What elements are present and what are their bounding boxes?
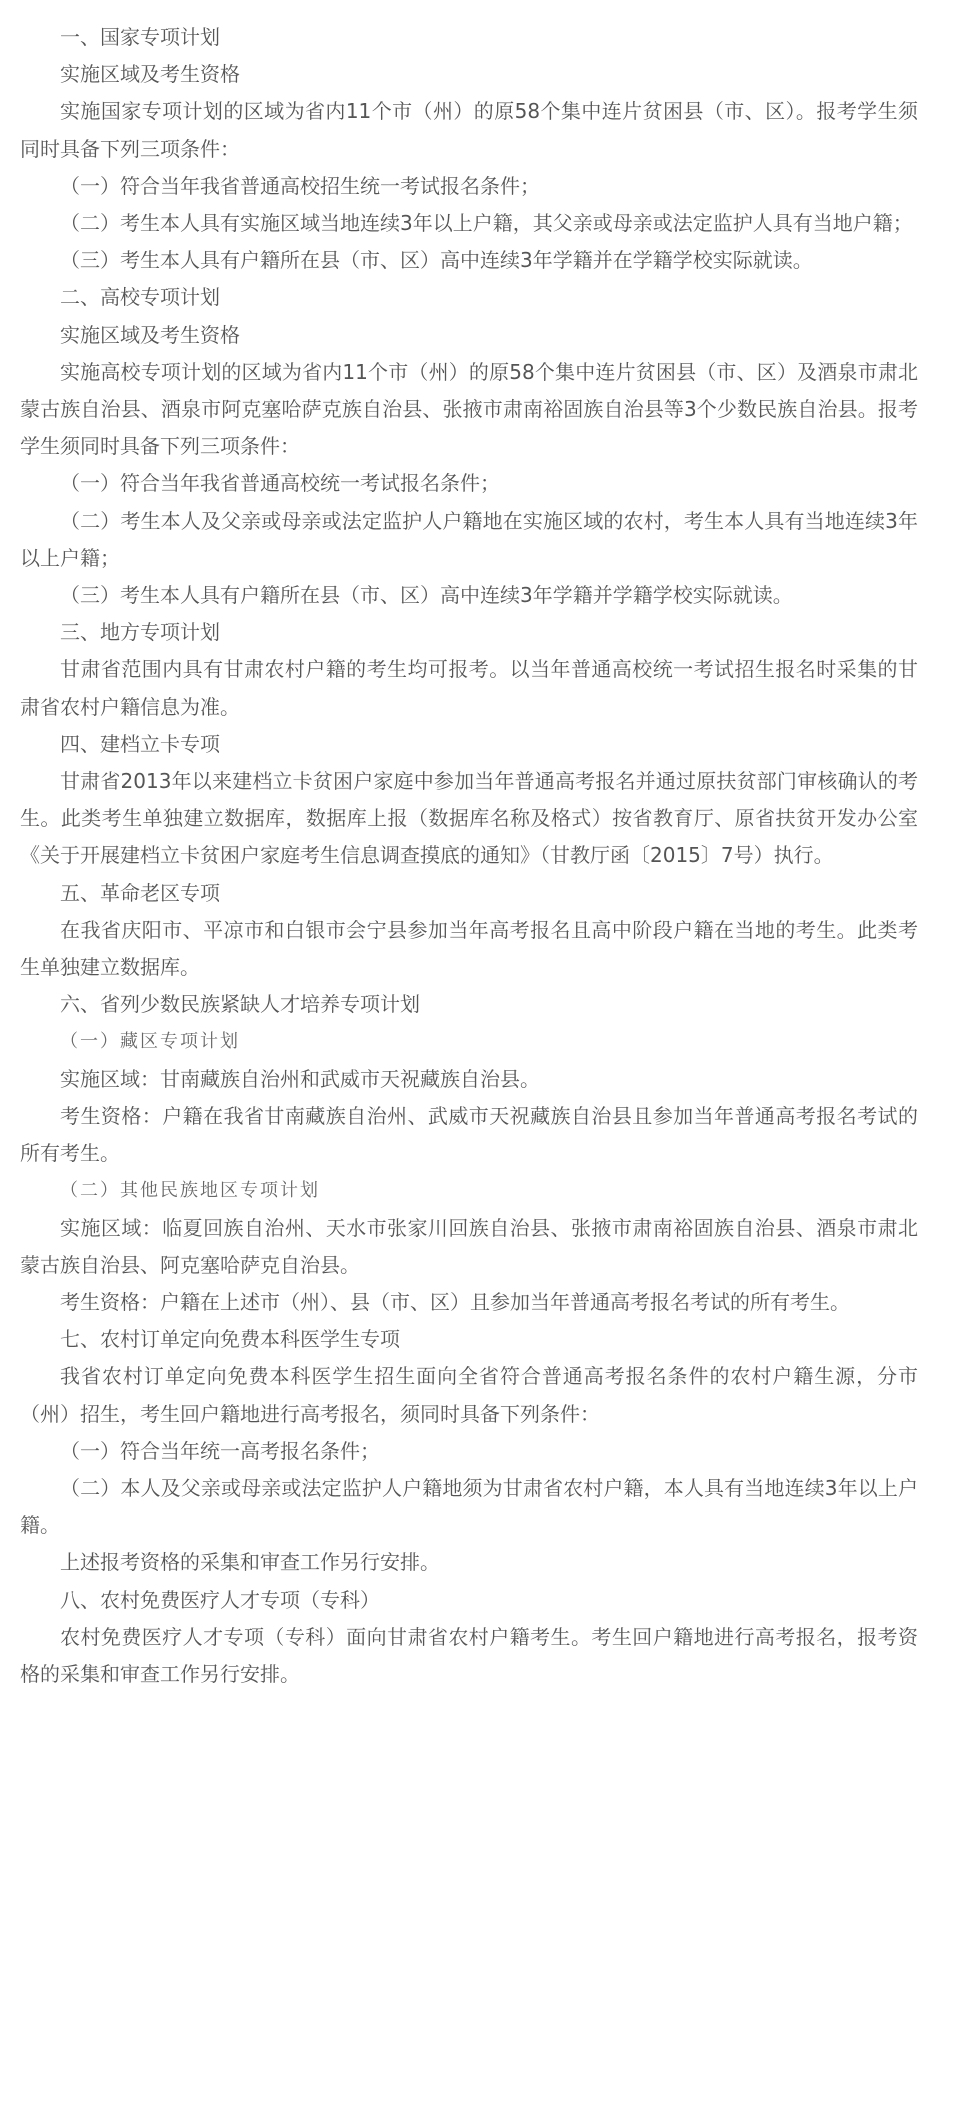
paragraph: 实施国家专项计划的区域为省内11个市（州）的原58个集中连片贫困县（市、区）。报… (20, 93, 918, 167)
subheading: 实施区域及考生资格 (20, 56, 918, 93)
section-heading-8: 八、农村免费医疗人才专项（专科） (20, 1582, 918, 1619)
section-heading-5: 五、革命老区专项 (20, 875, 918, 912)
section-heading-4: 四、建档立卡专项 (20, 726, 918, 763)
paragraph: 考生资格：户籍在上述市（州）、县（市、区）且参加当年普通高考报名考试的所有考生。 (20, 1284, 918, 1321)
paragraph: 实施高校专项计划的区域为省内11个市（州）的原58个集中连片贫困县（市、区）及酒… (20, 354, 918, 466)
section-heading-6: 六、省列少数民族紧缺人才培养专项计划 (20, 986, 918, 1023)
list-item: （三）考生本人具有户籍所在县（市、区）高中连续3年学籍并学籍学校实际就读。 (20, 577, 918, 614)
list-item: （一）符合当年统一高考报名条件； (20, 1433, 918, 1470)
list-item: （三）考生本人具有户籍所在县（市、区）高中连续3年学籍并在学籍学校实际就读。 (20, 242, 918, 279)
paragraph: 农村免费医疗人才专项（专科）面向甘肃省农村户籍考生。考生回户籍地进行高考报名，报… (20, 1619, 918, 1693)
subheading: 实施区域及考生资格 (20, 317, 918, 354)
paragraph: 甘肃省范围内具有甘肃农村户籍的考生均可报考。以当年普通高校统一考试招生报名时采集… (20, 651, 918, 725)
subsection-heading: （二）其他民族地区专项计划 (20, 1172, 918, 1209)
subsection-heading: （一）藏区专项计划 (20, 1023, 918, 1060)
section-heading-2: 二、高校专项计划 (20, 279, 918, 316)
list-item: （二）考生本人具有实施区域当地连续3年以上户籍，其父亲或母亲或法定监护人具有当地… (20, 205, 918, 242)
paragraph: 上述报考资格的采集和审查工作另行安排。 (20, 1544, 918, 1581)
paragraph: 我省农村订单定向免费本科医学生招生面向全省符合普通高考报名条件的农村户籍生源，分… (20, 1358, 918, 1432)
section-heading-1: 一、国家专项计划 (20, 19, 918, 56)
paragraph: 在我省庆阳市、平凉市和白银市会宁县参加当年高考报名且高中阶段户籍在当地的考生。此… (20, 912, 918, 986)
section-heading-3: 三、地方专项计划 (20, 614, 918, 651)
list-item: （二）考生本人及父亲或母亲或法定监护人户籍地在实施区域的农村，考生本人具有当地连… (20, 503, 918, 577)
list-item: （一）符合当年我省普通高校招生统一考试报名条件； (20, 168, 918, 205)
paragraph: 实施区域：甘南藏族自治州和武威市天祝藏族自治县。 (20, 1061, 918, 1098)
list-item: （二）本人及父亲或母亲或法定监护人户籍地须为甘肃省农村户籍，本人具有当地连续3年… (20, 1470, 918, 1544)
article-body: 一、国家专项计划 实施区域及考生资格 实施国家专项计划的区域为省内11个市（州）… (20, 19, 918, 1693)
paragraph: 考生资格：户籍在我省甘南藏族自治州、武威市天祝藏族自治县且参加当年普通高考报名考… (20, 1098, 918, 1172)
paragraph: 实施区域：临夏回族自治州、天水市张家川回族自治县、张掖市肃南裕固族自治县、酒泉市… (20, 1210, 918, 1284)
list-item: （一）符合当年我省普通高校统一考试报名条件； (20, 465, 918, 502)
paragraph: 甘肃省2013年以来建档立卡贫困户家庭中参加当年普通高考报名并通过原扶贫部门审核… (20, 763, 918, 875)
section-heading-7: 七、农村订单定向免费本科医学生专项 (20, 1321, 918, 1358)
